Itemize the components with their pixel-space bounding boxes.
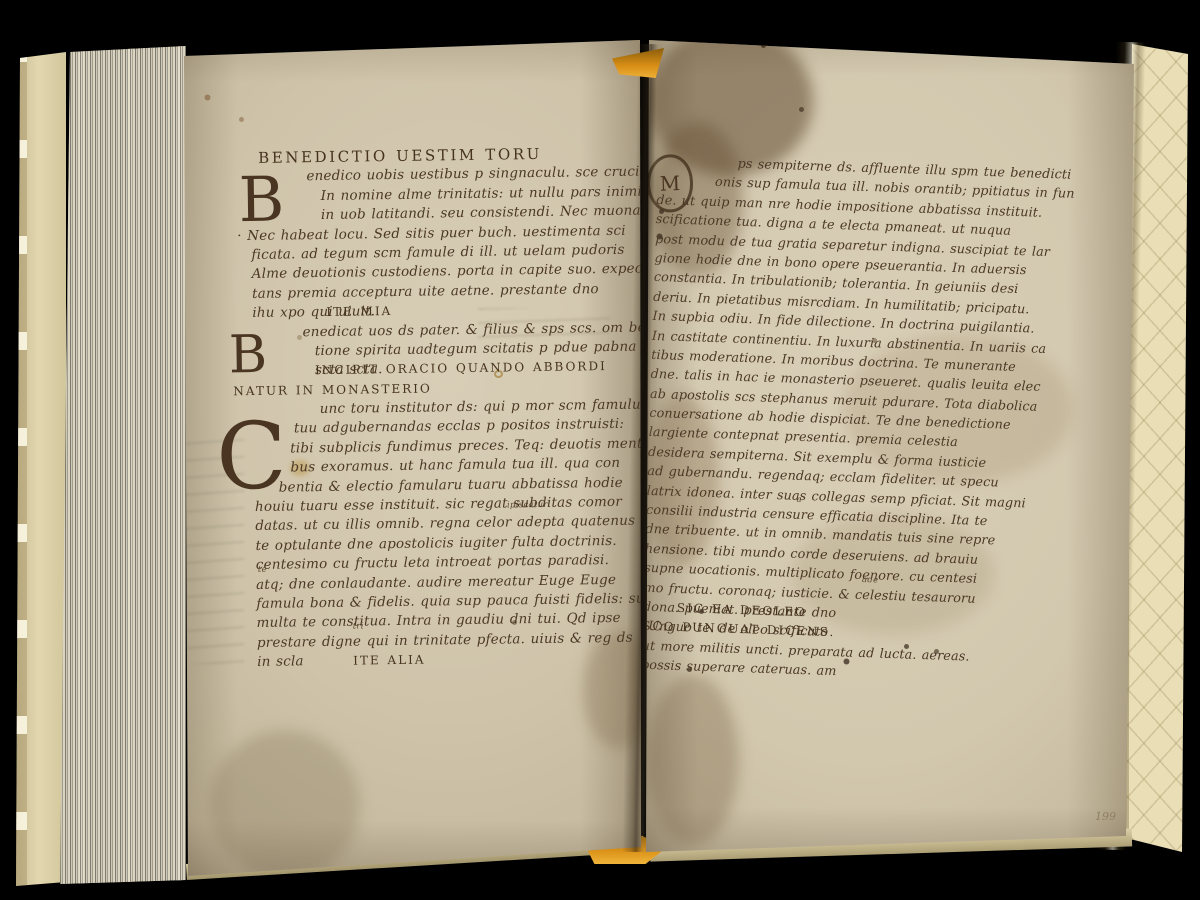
left-page: B B C BENEDICTIO UESTIM TORUenedico uobi…: [178, 36, 644, 880]
manuscript-line: tione spirita uadtegum scitatis p pdue p…: [315, 342, 323, 362]
minuscule-text: in scla: [257, 652, 304, 672]
ink-specks: [643, 34, 646, 37]
manuscript-line: supne uocationis. multiplicato foenore. …: [644, 559, 725, 581]
manuscript-line: famula bona & fidelis. quia sup pauca fu…: [256, 594, 326, 614]
rubric-capitals: ITE ALIA: [353, 651, 426, 671]
interlinear-gloss: te: [258, 566, 267, 575]
manuscript-line: gione hodie dne in bono opere pseueranti…: [654, 249, 735, 271]
rubric-capitals: INCIPIT ORACIO QUANDO ABBORDI: [315, 357, 607, 380]
manuscript-line: · Nec habeat locu. Sed sitis puer buch. …: [237, 226, 321, 247]
manuscript-line: scificatione tua. digna a te electa pman…: [655, 210, 736, 232]
manuscript-line: Alme deuotionis custodiens. porta in cap…: [252, 264, 322, 284]
manuscript-line: ihu xpo qui uiuit.ITE MIA: [252, 303, 322, 323]
manuscript-line: In supbia odiu. In fide dilectione. In d…: [652, 307, 733, 329]
manuscript-line: constantia. In tribulationib; tolerantia…: [653, 268, 734, 290]
manuscript-line: bentia & electio famularu tuaru abbatiss…: [279, 478, 325, 498]
manuscript-line: In castitate continentiu. In luxuria abs…: [652, 326, 733, 348]
manuscript-line: houiu tuaru esse instituit. sic regat su…: [255, 497, 325, 517]
ink-specks: [178, 36, 181, 39]
interlinear-gloss: a: [796, 496, 802, 505]
manuscript-line: bus exoramus. ut hanc famula tua ill. qu…: [290, 458, 324, 478]
manuscript-line: multa te constitua. Intra in gaudiu dni …: [256, 613, 326, 633]
manuscript-line: desidera sempiterna. Sit exemplu & forma…: [648, 443, 729, 465]
manuscript-line: ps sempiterne ds. affluente illu spm tue…: [737, 155, 738, 174]
manuscript-line: largiente contepnat presentia. premia ce…: [648, 423, 729, 445]
manuscript-line: tibus moderatione. In moribus doctrina. …: [651, 346, 732, 368]
manuscript-line: post modu de tua gratia separetur indign…: [655, 230, 736, 252]
manuscript-line: ficata. ad tegum scm famule di ill. ut u…: [251, 245, 321, 265]
manuscript-line: scta scta. INCIPIT ORACIO QUANDO ABBORDI: [315, 361, 323, 381]
manuscript-line: latrix idonea. inter suas collegas semp …: [646, 481, 727, 503]
manuscript-line: ab apostolis scs stephanus meruit pdurar…: [650, 385, 731, 407]
manuscript-line: dona. pueniat. prestante dnoSIC EA DEOLE…: [643, 598, 724, 620]
manuscript-line: BENEDICTIO UESTIM TORU: [258, 148, 320, 168]
manuscript-line: dne tribuente. ut in omnib. mandatis tui…: [645, 520, 726, 542]
manuscript-line: de. ut quip man nre hodie impositione ab…: [656, 191, 737, 213]
manuscript-line: ad gubernandu. regendaq; ecclam fidelite…: [647, 462, 728, 484]
parchment-stain: [210, 730, 360, 880]
manuscript-line: consilii industria censure efficatia dis…: [646, 501, 727, 523]
manuscript-photograph: B B C BENEDICTIO UESTIM TORUenedico uobi…: [0, 0, 1200, 900]
interlinear-gloss: ipiscatur: [507, 501, 548, 511]
page-stack-fore-edge: [60, 40, 186, 886]
manuscript-line: tuu adgubernandas ecclas p positos instr…: [294, 419, 324, 439]
manuscript-line: unc toru institutor ds: qui p mor scm fa…: [320, 400, 324, 419]
manuscript-lines: BENEDICTIO UESTIM TORUenedico uobis uest…: [250, 148, 327, 672]
manuscript-line: deriu. In pietatibus misrcdiam. In humil…: [653, 288, 734, 310]
manuscript-line: enedicat uos ds pater. & filius & sps sc…: [302, 323, 322, 343]
manuscript-line: tibi subplicis fundimus preces. Teq: deu…: [290, 439, 324, 459]
manuscript-line: prestare digne qui in trinitate pfecta. …: [257, 633, 327, 653]
manuscript-line: possis superare cateruas. am: [641, 656, 722, 678]
manuscript-line: onis sup famula tua ill. nobis orantib; …: [715, 173, 738, 193]
manuscript-line: datas. ut cu illis omnib. regna celor ad…: [255, 516, 325, 536]
left-binding-edge: [16, 44, 66, 886]
manuscript-line: dne. talis in hac ie monasterio pseueret…: [650, 365, 731, 387]
manuscript-line: NATUR IN MONASTERIO: [233, 381, 323, 402]
interlinear-gloss: ade: [862, 576, 879, 586]
manuscript-line: ut more militis uncti. preparata ad luct…: [641, 636, 722, 658]
manuscript-line: hensione. tibi mundo corde deseruiens. a…: [644, 540, 725, 562]
parchment-stain: [647, 674, 739, 846]
manuscript-line: tans premia acceptura uite aetne. presta…: [252, 284, 322, 304]
right-page: M ps sempiterne ds. affluente illu spm t…: [643, 34, 1137, 862]
manuscript-line: SCO PUNGUAT DICENS. Unguo te. de oleo sc…: [642, 617, 723, 639]
binding-sewing-tabs: [16, 44, 27, 886]
manuscript-line: mo fructu. coronaq; iusticie. & celestiu…: [643, 578, 724, 600]
manuscript-line: conuersatione ab hodie dispiciat. Te dne…: [649, 404, 730, 426]
manuscript-line: enedico uobis uestibus p singnaculu. sce…: [306, 167, 320, 187]
rubric-capitals: ITE MIA: [326, 302, 392, 322]
manuscript-line: in sclaITE ALIA: [257, 652, 327, 672]
manuscript-line: te optulante dne apostolicis iugiter ful…: [255, 536, 325, 556]
folio-number: 199: [1095, 810, 1116, 823]
interlinear-gloss: tri: [353, 622, 364, 631]
manuscript-line: atq; dne conlaudante. audire mereatur Eu…: [256, 575, 326, 595]
